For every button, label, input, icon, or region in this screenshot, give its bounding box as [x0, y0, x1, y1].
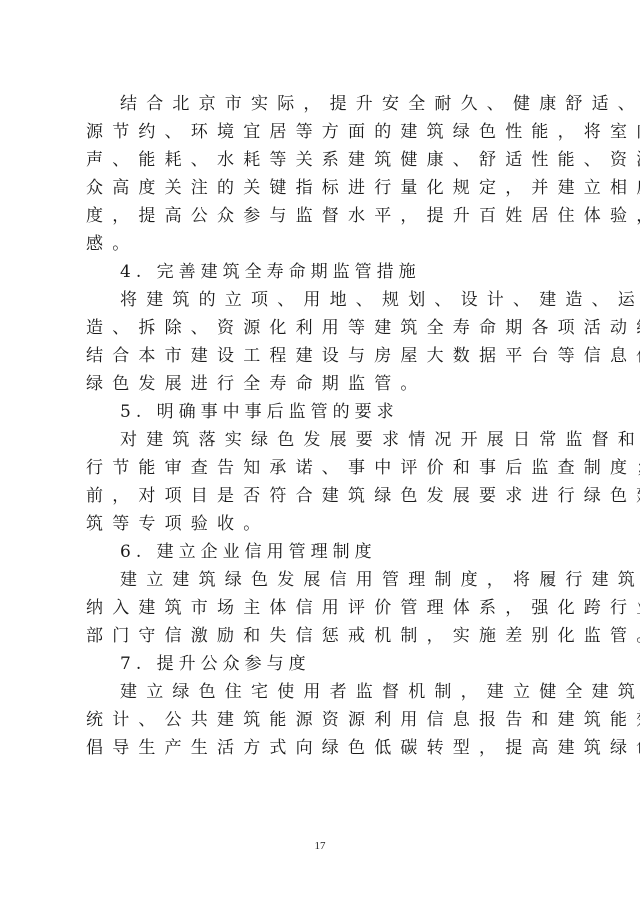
- page-body: 结合北京市实际，提升安全耐久、健康舒适、生活便利、资 源节约、环境宜居等方面的建…: [86, 90, 566, 762]
- paragraph-line: 纳入建筑市场主体信用评价管理体系，强化跨行业、跨领域、跨: [86, 594, 566, 622]
- paragraph-line: 统计、公共建筑能源资源利用信息报告和建筑能效公示等制度，: [86, 706, 566, 734]
- paragraph-line: 度，提高公众参与监督水平，提升百姓居住体验，增强群众获得: [86, 202, 566, 230]
- paragraph-line: 结合本市建设工程建设与房屋大数据平台等信息化手段，对建筑: [86, 342, 566, 370]
- page-number: 17: [0, 840, 640, 852]
- section-heading-6: 6. 建立企业信用管理制度: [86, 538, 566, 566]
- paragraph-line: 部门守信激励和失信惩戒机制，实施差别化监管。: [86, 622, 566, 650]
- paragraph-line: 建立绿色住宅使用者监督机制，建立健全建筑能源资源消耗: [86, 678, 566, 706]
- paragraph-line: 造、拆除、资源化利用等建筑全寿命期各项活动纳入法规范围；: [86, 314, 566, 342]
- paragraph-line: 绿色发展进行全寿命期监管。: [86, 370, 566, 398]
- paragraph-line: 将建筑的立项、用地、规划、设计、建造、运行、维护、改: [86, 286, 566, 314]
- paragraph-line: 源节约、环境宜居等方面的建筑绿色性能，将室内空气质量、噪: [86, 118, 566, 146]
- paragraph-line: 感。: [86, 230, 566, 258]
- paragraph-line: 结合北京市实际，提升安全耐久、健康舒适、生活便利、资: [86, 90, 566, 118]
- paragraph-line: 前，对项目是否符合建筑绿色发展要求进行绿色建筑、装配式建: [86, 482, 566, 510]
- paragraph-line: 行节能审查告知承诺、事中评价和事后监查制度；工程竣工验收: [86, 454, 566, 482]
- paragraph-line: 建立建筑绿色发展信用管理制度，将履行建筑绿色发展责任: [86, 566, 566, 594]
- section-heading-4: 4. 完善建筑全寿命期监管措施: [86, 258, 566, 286]
- paragraph-line: 众高度关注的关键指标进行量化规定，并建立相应的定期评估制: [86, 174, 566, 202]
- paragraph-line: 倡导生产生活方式向绿色低碳转型，提高建筑绿色发展公众参与: [86, 734, 566, 762]
- section-heading-7: 7. 提升公众参与度: [86, 650, 566, 678]
- section-heading-5: 5. 明确事中事后监管的要求: [86, 398, 566, 426]
- document-page: 结合北京市实际，提升安全耐久、健康舒适、生活便利、资 源节约、环境宜居等方面的建…: [0, 0, 640, 904]
- paragraph-line: 筑等专项验收。: [86, 510, 566, 538]
- paragraph-line: 声、能耗、水耗等关系建筑健康、舒适性能、资源节约等人民群: [86, 146, 566, 174]
- paragraph-line: 对建筑落实绿色发展要求情况开展日常监督和专项检查；实: [86, 426, 566, 454]
